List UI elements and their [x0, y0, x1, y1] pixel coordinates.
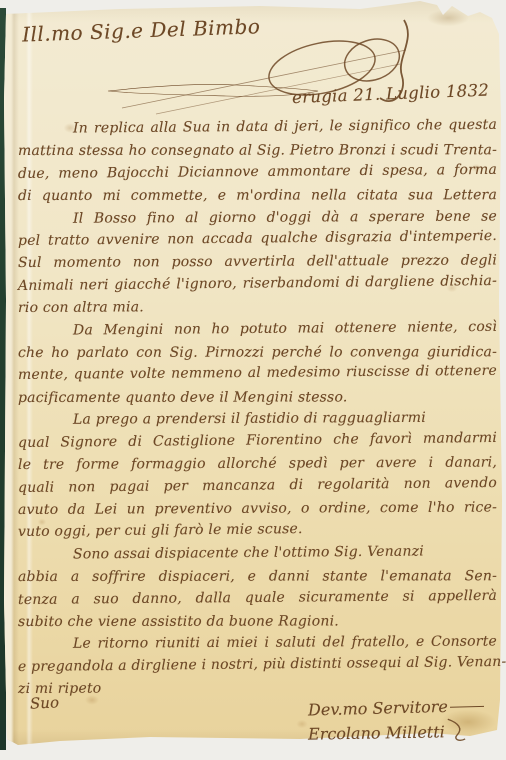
- letter-line: qual Signore di Castiglione Fiorentino c…: [18, 427, 497, 454]
- paragraph: Le ritorno riuniti ai miei i saluti del …: [18, 633, 497, 700]
- letter-line: In replica alla Sua in data di jeri, le …: [18, 114, 497, 141]
- letter-line: pel tratto avvenire non accada qualche d…: [18, 225, 497, 252]
- letter-line: Animali neri giacché l'ignoro, riserband…: [18, 270, 497, 297]
- signature-flourish-icon: [445, 717, 467, 743]
- letter-line: Sono assai dispiacente che l'ottimo Sig.…: [18, 540, 497, 567]
- paragraph: Da Mengini non ho potuto mai ottenere ni…: [18, 320, 497, 410]
- paragraph: Il Bosso fino al giorno d'oggi dà a sper…: [18, 208, 497, 320]
- paragraph: In replica alla Sua in data di jeri, le …: [18, 118, 497, 208]
- signature-name: Ercolano Milletti: [308, 716, 500, 745]
- letter-line: mente, quante volte nemmeno al medesimo …: [18, 360, 497, 387]
- letter-line: quali non pagai per mancanza di regolari…: [18, 471, 497, 498]
- valediction-text: Dev.mo Servitore: [308, 697, 448, 720]
- signature-block: Dev.mo Servitore Ercolano Milletti: [308, 698, 500, 744]
- signature-dash: [450, 706, 484, 708]
- letter-line: subito che viene assistito da buone Ragi…: [18, 610, 497, 633]
- pen-flourish-ornament: [104, 16, 424, 120]
- paragraph: La prego a prendersi il fastidio di ragg…: [18, 409, 497, 543]
- letter-body: In replica alla Sua in data di jeri, le …: [18, 118, 497, 701]
- signature-text: Ercolano Milletti: [308, 722, 445, 743]
- letter-line: Da Mengini non ho potuto mai ottenere ni…: [18, 315, 497, 342]
- letter-line: di quanto mi commette, e m'ordina nella …: [18, 184, 497, 207]
- letter-line: pacificamente quanto deve il Mengini ste…: [18, 386, 497, 409]
- letter-line: tenza a suo danno, dalla quale sicuramen…: [18, 584, 497, 611]
- letter-line: e pregandola a dirgliene i nostri, più d…: [18, 651, 497, 678]
- paragraph: Sono assai dispiacente che l'ottimo Sig.…: [18, 544, 497, 634]
- closing-suo: Suo: [30, 693, 60, 712]
- letter-line: due, meno Bajocchi Diciannove ammontare …: [18, 159, 497, 186]
